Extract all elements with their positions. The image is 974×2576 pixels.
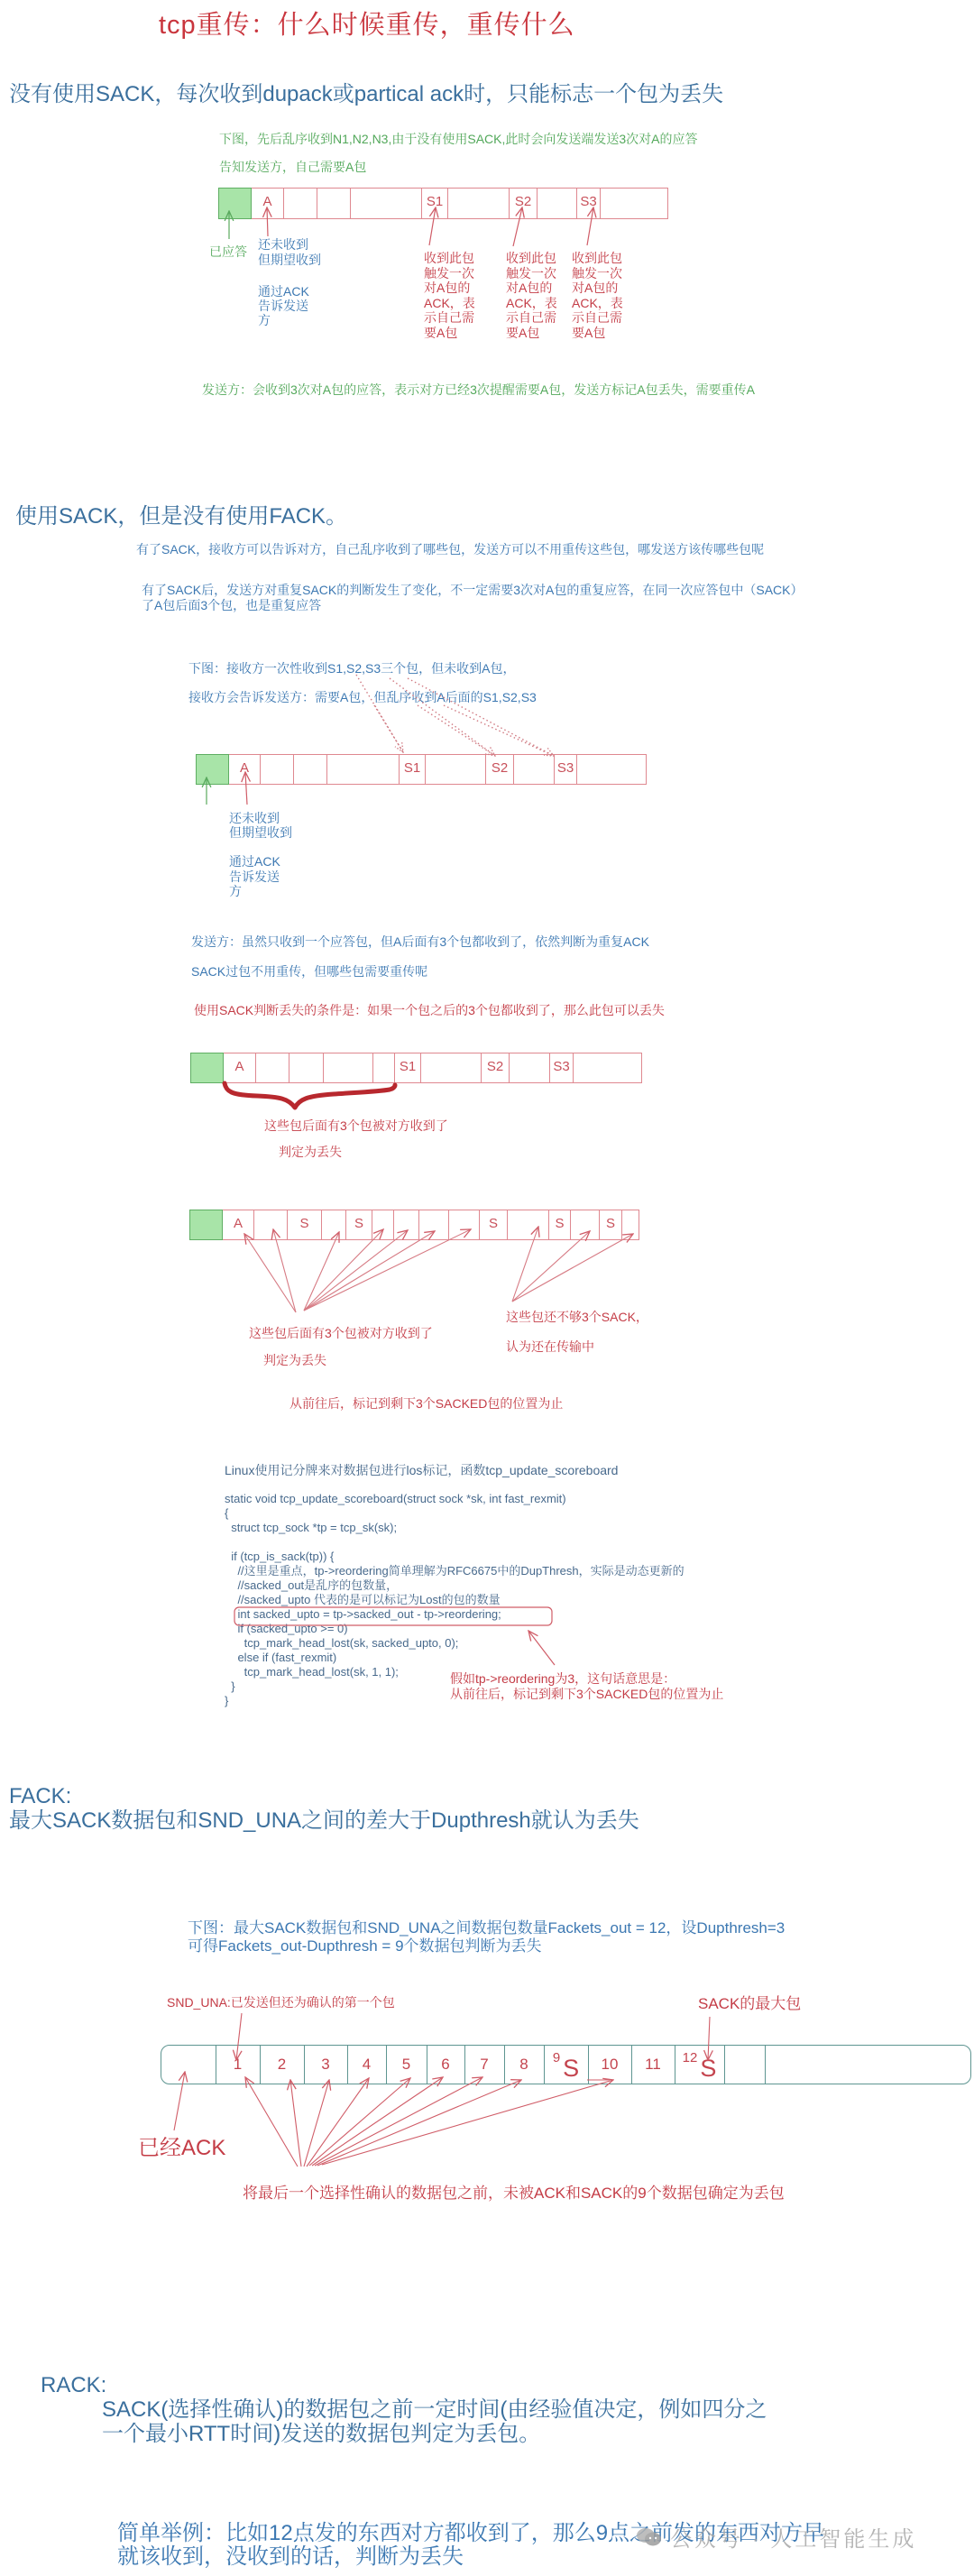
packet-number: 1 xyxy=(234,2056,242,2074)
packet-row-fack: 123456789S101112S xyxy=(161,2045,971,2084)
packet-cell xyxy=(577,754,647,785)
packet-number: 5 xyxy=(402,2056,410,2074)
packet-number: 11 xyxy=(645,2056,661,2074)
packet-cell: S3 xyxy=(550,1053,574,1083)
in-flight-note: 这些包还不够3个SACK， xyxy=(506,1309,648,1325)
code-line: struct tcp_sock *tp = tcp_sk(sk); xyxy=(225,1521,685,1535)
fack-caption: 可得Fackets_out-Dupthresh = 9个数据包判断为丢失 xyxy=(188,1937,542,1955)
code-line: tcp_mark_head_lost(sk, sacked_upto, 0); xyxy=(225,1636,685,1651)
trigger-label-s3: 收到此包 触发一次 对A包的 ACK，表 示自己需 要A包 xyxy=(572,251,623,340)
code-intro: Linux使用记分牌来对数据包进行los标记，函数tcp_update_scor… xyxy=(225,1462,618,1478)
code-comment: //sacked_upto 代表的是可以标记为Lost的包的数量 xyxy=(225,1593,685,1607)
packet-cell xyxy=(372,1210,394,1240)
packet-cell: 5 xyxy=(386,2046,427,2084)
sack-change-note: 有了SACK后，发送方对重复SACK的判断发生了变化，不一定需要3次对A包的重复… xyxy=(142,583,804,613)
packet-cell: S1 xyxy=(395,1053,421,1083)
packet-cell: S xyxy=(549,1210,571,1240)
packet-cell: S1 xyxy=(422,188,448,219)
packet-number: 12 xyxy=(683,2050,698,2065)
packet-cell: 8 xyxy=(504,2046,544,2084)
packet-cell xyxy=(289,1053,324,1083)
lost-verdict: 判定为丢失 xyxy=(279,1144,342,1160)
page-title: tcp重传：什么时候重传，重传什么 xyxy=(159,9,575,41)
code-annotation: 假如tp->reordering为3，这句话意思是： 从前往后，标记到剩下3个S… xyxy=(450,1671,723,1702)
packet-cell xyxy=(421,1053,482,1083)
packet-number: 3 xyxy=(321,2056,329,2074)
packet-cell: 1 xyxy=(216,2046,260,2084)
packet-cell xyxy=(327,754,400,785)
packet-cell xyxy=(622,1210,639,1240)
packet-cell xyxy=(322,1210,346,1240)
packet-cell xyxy=(724,2046,765,2084)
sender-note: SACK过包不用重传，但哪些包需要重传呢 xyxy=(191,963,427,980)
packet-cell: S xyxy=(346,1210,372,1240)
packet-row-sack-3: ASSSSS xyxy=(189,1210,639,1240)
packet-row-sack-2: AS1S2S3 xyxy=(190,1053,642,1083)
rack-definition: SACK(选择性确认)的数据包之前一定时间(由经验值决定，例如四分之 一个最小R… xyxy=(102,2397,767,2446)
diagram-caption: 下图：接收方一次性收到S1,S2,S3三个包，但未收到A包， xyxy=(188,660,516,676)
lost-verdict: 判定为丢失 xyxy=(263,1352,326,1368)
packet-row-sack-1: AS1S2S3 xyxy=(196,754,647,785)
fack-arrows xyxy=(174,2013,710,2167)
packet-number: 8 xyxy=(519,2056,528,2074)
section-heading-no-sack: 没有使用SACK，每次收到dupack或partical ack时，只能标志一个… xyxy=(9,81,723,108)
brace-lost-range xyxy=(225,1083,395,1108)
dotted-arrow-s1 xyxy=(356,675,403,752)
watermark: 公众号 · 人工智能生成 xyxy=(636,2526,916,2553)
packet-cell: 2 xyxy=(260,2046,304,2084)
fack-conclusion: 将最后一个选择性确认的数据包之前，未被ACK和SACK的9个数据包确定为丢包 xyxy=(243,2184,785,2203)
pending-label: 还未收到 但期望收到 xyxy=(229,811,292,840)
packet-cell xyxy=(317,188,351,219)
packet-cell xyxy=(426,754,486,785)
packet-cell: A xyxy=(223,1210,254,1240)
packet-cell xyxy=(256,1053,289,1083)
dotted-arrow-s2 xyxy=(418,705,495,756)
packet-cell: S xyxy=(288,1210,322,1240)
packet-number: 4 xyxy=(363,2056,371,2074)
code-line: if (sacked_upto >= 0) xyxy=(225,1622,685,1636)
acked-label: 已应答 xyxy=(209,244,247,260)
packet-number: 7 xyxy=(480,2056,488,2074)
packet-cell: A xyxy=(224,1053,256,1083)
packet-cell xyxy=(510,1053,550,1083)
code-line: static void tcp_update_scoreboard(struct… xyxy=(225,1492,685,1506)
sender-conclusion: 发送方：会收到3次对A包的应答，表示对方已经3次提醒需要A包，发送方标记A包丢失… xyxy=(202,382,755,398)
packet-cell: 6 xyxy=(427,2046,464,2084)
code-line xyxy=(225,1535,685,1550)
trigger-label-s1: 收到此包 触发一次 对A包的 ACK，表 示自己需 要A包 xyxy=(424,251,475,340)
packet-cell xyxy=(284,188,317,219)
document-page: tcp重传：什么时候重传，重传什么 没有使用SACK，每次收到dupack或pa… xyxy=(0,0,974,2576)
code-comment: //这里是重点，tp->reordering简单理解为RFC6675中的DupT… xyxy=(225,1564,685,1578)
packet-row-no-sack: AS1S2S3 xyxy=(218,188,668,219)
in-flight-verdict: 认为还在传输中 xyxy=(506,1339,594,1355)
rack-label: RACK: xyxy=(41,2373,106,2398)
packet-cell: S3 xyxy=(577,188,601,219)
trigger-label-s2: 收到此包 触发一次 对A包的 ACK，表 示自己需 要A包 xyxy=(506,251,557,340)
packet-cell: A xyxy=(229,754,261,785)
packet-cell xyxy=(394,1210,419,1240)
packet-cell: 3 xyxy=(304,2046,347,2084)
acked-label: 已经ACK xyxy=(138,2135,225,2162)
dotted-arrow-s3 xyxy=(444,705,554,756)
sender-note: 发送方：虽然只收到一个应答包，但A后面有3个包都收到了，依然判断为重复ACK xyxy=(191,934,649,950)
fack-caption: 下图：最大SACK数据包和SND_UNA之间数据包数量Fackets_out =… xyxy=(188,1919,785,1937)
via-ack-label: 通过ACK 告诉发送 方 xyxy=(258,284,309,327)
fack-label: FACK: xyxy=(9,1784,71,1809)
packet-cell xyxy=(261,754,294,785)
loss-rule: 使用SACK判断丢失的条件是：如果一个包之后的3个包都收到了，那么此包可以丢失 xyxy=(194,1002,665,1018)
packet-cell xyxy=(448,188,510,219)
sack-intro: 有了SACK，接收方可以告诉对方，自己乱序收到了哪些包，发送方可以不用重传这些包… xyxy=(136,541,764,557)
packet-cell xyxy=(419,1210,449,1240)
code-line: { xyxy=(225,1506,685,1521)
packet-cell xyxy=(571,1210,600,1240)
packet-cell xyxy=(449,1210,480,1240)
lost-note: 这些包后面有3个包被对方收到了 xyxy=(249,1325,433,1341)
packet-cell: S xyxy=(600,1210,622,1240)
code-line: if (tcp_is_sack(tp)) { xyxy=(225,1550,685,1564)
section-heading-sack: 使用SACK，但是没有使用FACK。 xyxy=(15,503,347,530)
packet-cell xyxy=(351,188,422,219)
packet-cell: 11 xyxy=(631,2046,675,2084)
sacked-marker: S xyxy=(700,2055,716,2083)
packet-cell: S2 xyxy=(510,188,538,219)
packet-cell: 4 xyxy=(347,2046,386,2084)
packet-number: 2 xyxy=(278,2056,286,2074)
watermark-text: 公众号 · 人工智能生成 xyxy=(670,2527,916,2553)
packet-cell xyxy=(574,1053,642,1083)
acked-packet-cell xyxy=(190,1053,224,1083)
packet-cell: S3 xyxy=(555,754,577,785)
via-ack-label: 通过ACK 告诉发送 方 xyxy=(229,854,280,899)
dotted-arrow-s1 xyxy=(374,705,403,752)
code-comment: //sacked_out是乱序的包数量， xyxy=(225,1578,685,1593)
packet-cell: S xyxy=(480,1210,508,1240)
packet-cell xyxy=(508,1210,549,1240)
fack-definition: 最大SACK数据包和SND_UNA之间的差大于Dupthresh就认为丢失 xyxy=(9,1808,639,1834)
acked-packet-cell xyxy=(218,188,252,219)
acked-packet-cell xyxy=(196,754,229,785)
wechat-icon xyxy=(636,2526,663,2553)
packet-cell xyxy=(324,1053,373,1083)
max-sack-label: SACK的最大包 xyxy=(698,1994,801,2014)
packet-cell xyxy=(601,188,668,219)
intro-line: 下图，先后乱序收到N1,N2,N3,由于没有使用SACK,此时会向发送端发送3次… xyxy=(219,131,698,147)
lost-note: 这些包后面有3个包被对方收到了 xyxy=(264,1118,448,1134)
pending-label: 还未收到 但期望收到 xyxy=(258,237,321,268)
packet-cell: 10 xyxy=(588,2046,631,2084)
packet-cell: S2 xyxy=(486,754,514,785)
intro-line: 告知发送方，自己需要A包 xyxy=(219,159,366,175)
packet-number: 6 xyxy=(441,2056,449,2074)
packet-cell: 12S xyxy=(675,2046,724,2084)
diagram-caption: 接收方会告诉发送方：需要A包，但乱序收到A后面的S1,S2,S3 xyxy=(188,689,537,705)
packet-cell: A xyxy=(252,188,284,219)
packet-number: 10 xyxy=(602,2056,619,2074)
packet-cell xyxy=(294,754,327,785)
packet-cell: S1 xyxy=(400,754,426,785)
acked-packet-cell xyxy=(161,2046,216,2084)
code-line-highlighted: int sacked_upto = tp->sacked_out - tp->r… xyxy=(225,1607,685,1622)
packet-cell xyxy=(373,1053,395,1083)
snd-una-label: SND_UNA:已发送但还为确认的第一个包 xyxy=(167,1994,395,2010)
packet-cell: S2 xyxy=(482,1053,510,1083)
packet-cell: 7 xyxy=(464,2046,504,2084)
packet-cell xyxy=(514,754,555,785)
packet-cell xyxy=(254,1210,288,1240)
packet-cell: 9S xyxy=(544,2046,588,2084)
acked-packet-cell xyxy=(189,1210,223,1240)
packet-number: 9 xyxy=(553,2050,560,2065)
marking-summary: 从前往后，标记到剩下3个SACKED包的位置为止 xyxy=(289,1395,563,1412)
sacked-marker: S xyxy=(563,2055,579,2083)
packet-cell xyxy=(765,2046,971,2084)
code-line: else if (fast_rexmit) xyxy=(225,1651,685,1665)
packet-cell xyxy=(538,188,577,219)
